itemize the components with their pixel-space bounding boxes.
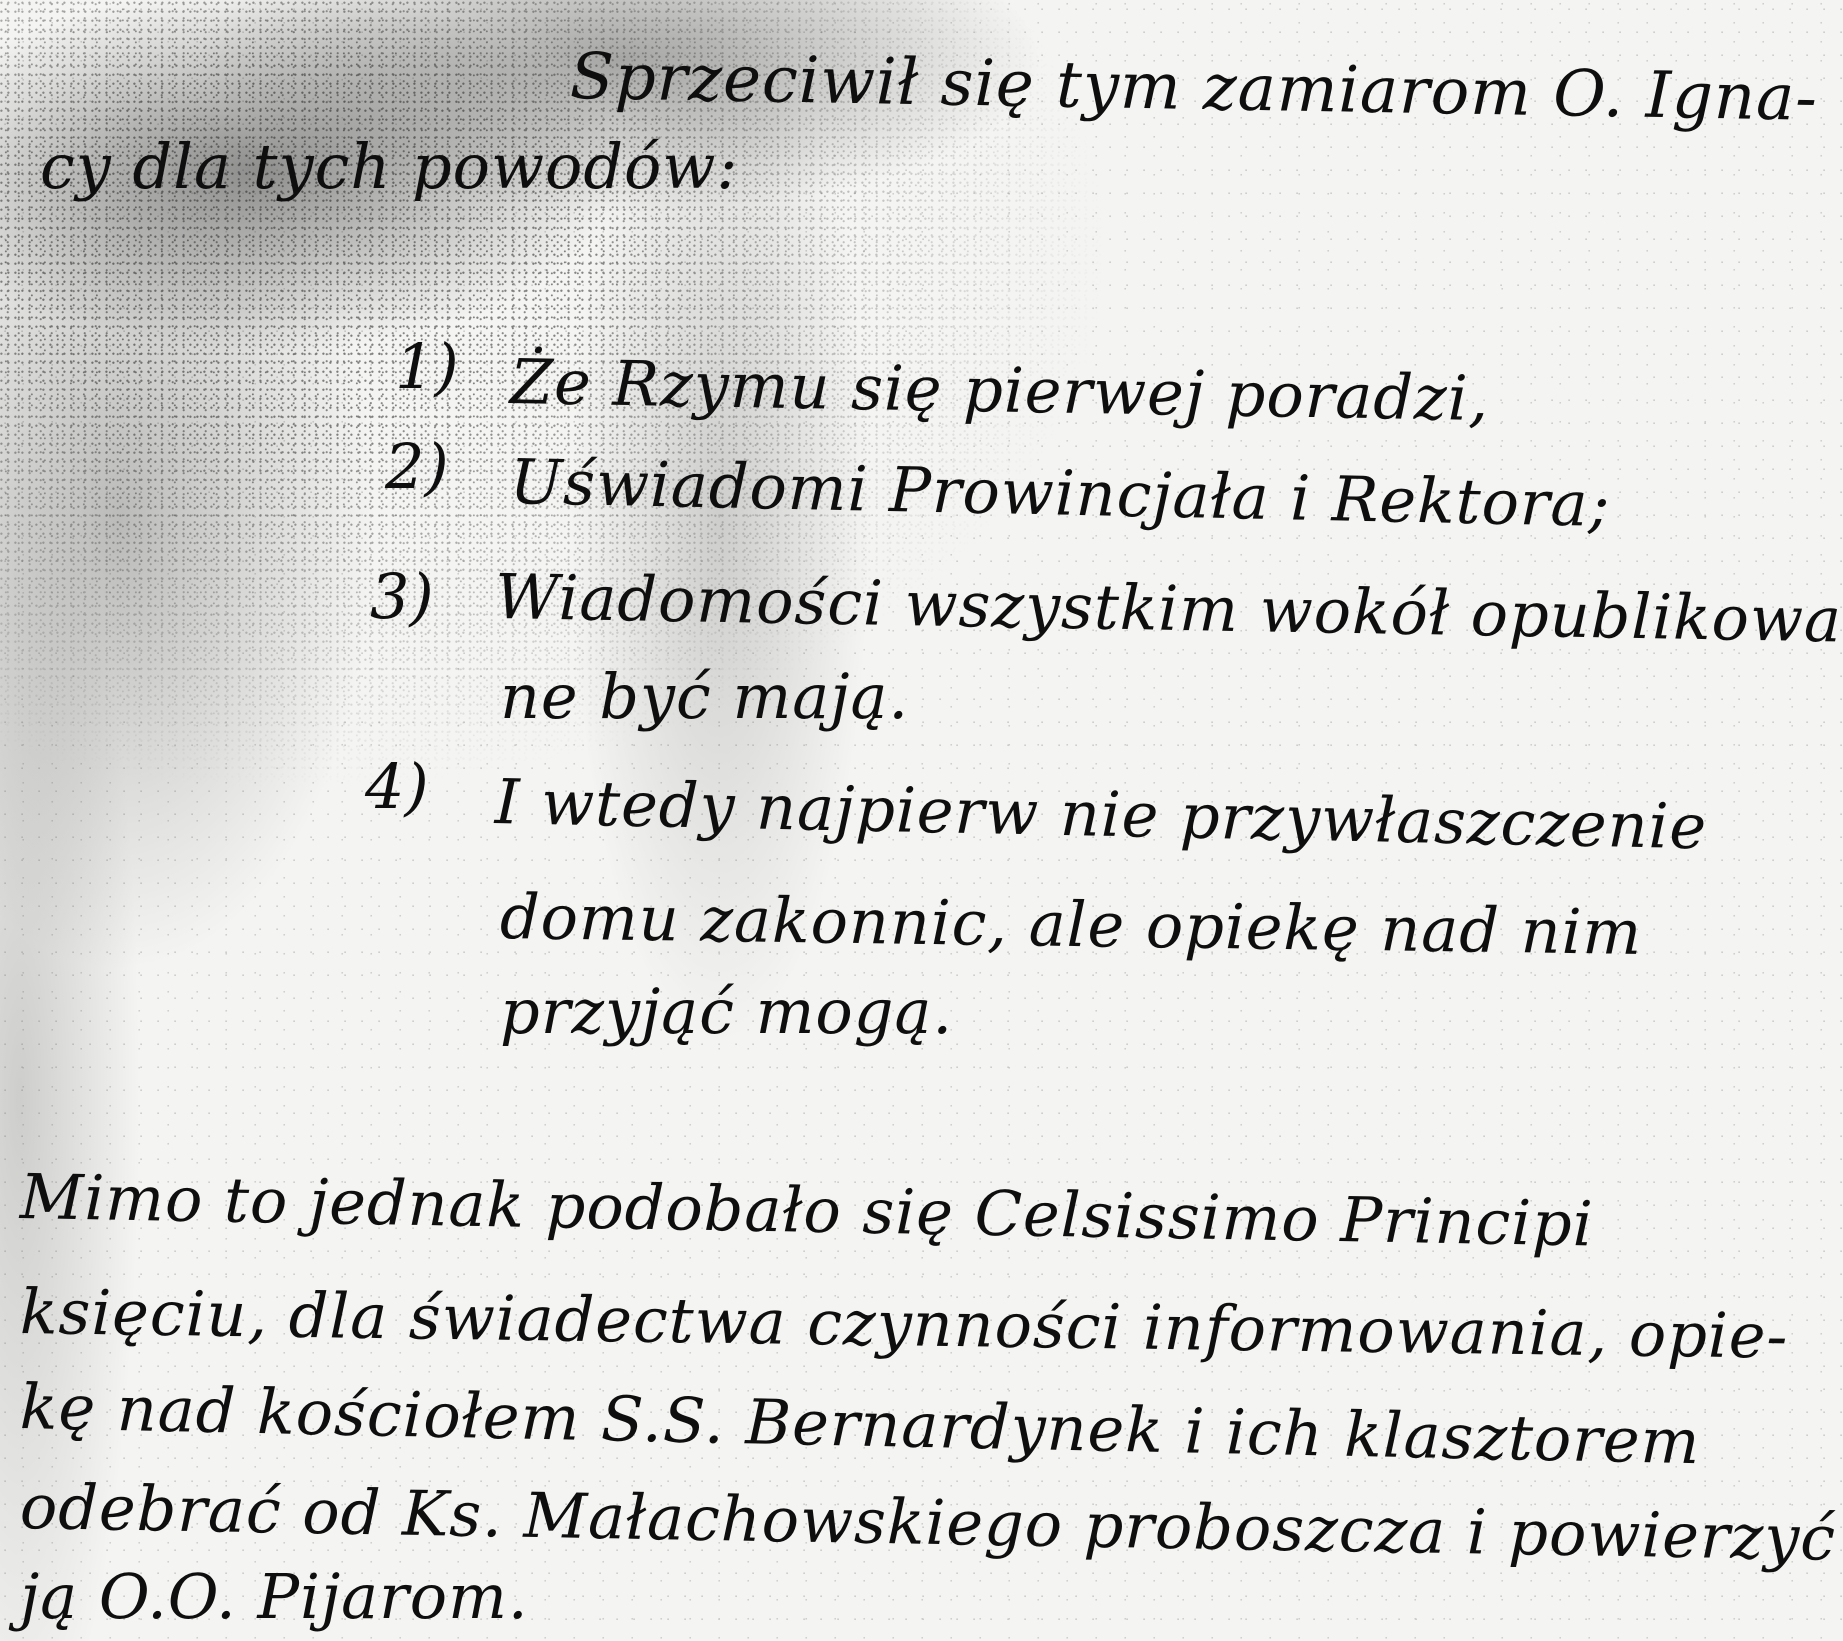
reason-3-number: 3) <box>370 560 434 633</box>
reason-2-number: 2) <box>385 430 449 503</box>
reason-4-number: 4) <box>365 750 429 823</box>
manuscript-page: Sprzeciwił się tym zamiarom O. Igna- cy … <box>0 0 1843 1641</box>
reason-1-number: 1) <box>395 330 459 403</box>
reason-4-line-3: przyjąć mogą. <box>500 975 953 1048</box>
reason-3-line-2: ne być mają. <box>500 660 909 733</box>
intro-line-2: cy dla tych powodów: <box>40 130 738 203</box>
paragraph-line-5: ją O.O. Pijarom. <box>20 1560 529 1633</box>
